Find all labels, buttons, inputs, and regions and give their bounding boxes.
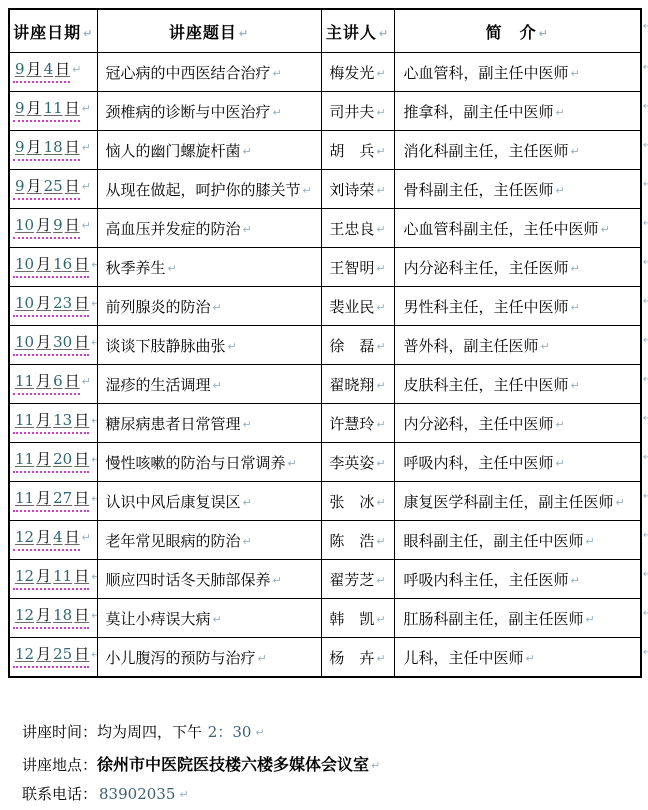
- time-label: 讲座时间：: [22, 725, 97, 741]
- topic-cell: 认识中风后康复误区↵: [97, 482, 321, 521]
- lecture-schedule-table: 讲座日期↵ 讲座题目↵ 主讲人↵ 简 介↵ 9月4日↵ 冠心病的中西医结合治疗↵…: [8, 8, 642, 678]
- paragraph-mark-icon: ↵: [179, 788, 188, 801]
- paragraph-mark-icon: ↵: [571, 145, 580, 158]
- header-speaker: 主讲人↵: [321, 9, 394, 53]
- speaker-intro: 儿科，主任中医师: [404, 651, 524, 667]
- speaker-intro: 推拿科，副主任中医师: [404, 105, 554, 121]
- topic-cell: 糖尿病患者日常管理↵: [97, 404, 321, 443]
- topic-cell: 秋季养生↵: [97, 248, 321, 287]
- paragraph-mark-icon: ↵: [91, 453, 97, 466]
- header-row: 讲座日期↵ 讲座题目↵ 主讲人↵ 简 介↵: [9, 9, 641, 53]
- intro-cell: 心血管科，副主任中医师↵: [394, 53, 641, 92]
- lecture-topic: 高血压并发症的防治: [106, 222, 241, 238]
- speaker-cell: 韩 凯↵: [321, 599, 394, 638]
- lecture-date: 10月9日: [13, 217, 80, 238]
- paragraph-mark-icon: ↵: [539, 27, 549, 40]
- paragraph-mark-icon: ↵: [273, 574, 282, 587]
- row-end-mark-icon: ↵: [643, 63, 648, 73]
- speaker-name: 陈 浩: [329, 534, 374, 550]
- speaker-intro: 骨科副主任，主任医师: [404, 183, 554, 199]
- header-topic-label: 讲座题目: [169, 25, 237, 42]
- table-row: 12月25日↵ 小儿腹泻的预防与治疗↵ 杨 卉↵ 儿科，主任中医师↵: [9, 638, 641, 678]
- intro-cell: 推拿科，副主任中医师↵: [394, 92, 641, 131]
- paragraph-mark-icon: ↵: [91, 609, 97, 622]
- document-page: { "table": { "headers": { "date": "讲座日期"…: [0, 0, 648, 810]
- lecture-date: 12月18日: [13, 607, 89, 628]
- row-end-mark-icon: ↵: [643, 414, 648, 424]
- speaker-name: 张 冰: [329, 495, 374, 511]
- lecture-date: 12月25日: [13, 646, 89, 667]
- row-end-mark-icon: ↵: [643, 570, 648, 580]
- row-end-mark-icon: ↵: [643, 297, 648, 307]
- lecture-topic: 恼人的幽门螺旋杆菌: [106, 144, 241, 160]
- paragraph-mark-icon: ↵: [213, 379, 222, 392]
- paragraph-mark-icon: ↵: [288, 457, 297, 470]
- row-end-mark-icon: ↵: [643, 648, 648, 658]
- speaker-cell: 杨 卉↵: [321, 638, 394, 678]
- table-row: 12月11日↵ 顺应四时话冬天肺部保养↵ 翟芳芝↵ 呼吸内科主任，主任医师↵: [9, 560, 641, 599]
- lecture-topic: 莫让小痔误大病: [106, 612, 211, 628]
- paragraph-mark-icon: ↵: [571, 262, 580, 275]
- paragraph-mark-icon: ↵: [82, 141, 91, 154]
- paragraph-mark-icon: ↵: [243, 418, 252, 431]
- speaker-cell: 王智明↵: [321, 248, 394, 287]
- paragraph-mark-icon: ↵: [303, 184, 312, 197]
- paragraph-mark-icon: ↵: [556, 457, 565, 470]
- paragraph-mark-icon: ↵: [91, 570, 97, 583]
- intro-cell: 呼吸内科，主任中医师↵: [394, 443, 641, 482]
- lecture-date: 11月27日: [13, 490, 89, 511]
- speaker-intro: 皮肤科主任，主任中医师: [404, 378, 569, 394]
- paragraph-mark-icon: ↵: [72, 63, 81, 76]
- paragraph-mark-icon: ↵: [82, 531, 91, 544]
- contact-phone-line: 联系电话：83902035↵: [22, 783, 632, 810]
- date-cell: 10月30日↵: [9, 326, 97, 365]
- speaker-intro: 心血管科，副主任中医师: [404, 66, 569, 82]
- speaker-cell: 张 冰↵: [321, 482, 394, 521]
- speaker-name: 韩 凯: [329, 612, 374, 628]
- speaker-name: 王智明: [329, 261, 374, 277]
- paragraph-mark-icon: ↵: [82, 375, 91, 388]
- date-cell: 11月13日↵: [9, 404, 97, 443]
- paragraph-mark-icon: ↵: [376, 574, 385, 587]
- topic-cell: 从现在做起，呵护你的膝关节↵: [97, 170, 321, 209]
- paragraph-mark-icon: ↵: [91, 492, 97, 505]
- paragraph-mark-icon: ↵: [243, 496, 252, 509]
- intro-cell: 普外科，副主任医师↵: [394, 326, 641, 365]
- paragraph-mark-icon: ↵: [273, 67, 282, 80]
- date-cell: 10月16日↵: [9, 248, 97, 287]
- paragraph-mark-icon: ↵: [239, 27, 249, 40]
- paragraph-mark-icon: ↵: [586, 613, 595, 626]
- intro-cell: 康复医学科副主任，副主任医师↵: [394, 482, 641, 521]
- header-speaker-label: 主讲人: [326, 25, 377, 42]
- topic-cell: 慢性咳嗽的防治与日常调养↵: [97, 443, 321, 482]
- intro-cell: 儿科，主任中医师↵: [394, 638, 641, 678]
- speaker-cell: 翟晓翔↵: [321, 365, 394, 404]
- speaker-cell: 司井夫↵: [321, 92, 394, 131]
- paragraph-mark-icon: ↵: [376, 496, 385, 509]
- lecture-date: 11月6日: [13, 373, 80, 394]
- lecture-date: 9月11日: [13, 100, 80, 121]
- paragraph-mark-icon: ↵: [376, 184, 385, 197]
- row-end-mark-icon: ↵: [643, 102, 648, 112]
- paragraph-mark-icon: ↵: [379, 27, 389, 40]
- speaker-intro: 男性科主任，主任中医师: [404, 300, 569, 316]
- paragraph-mark-icon: ↵: [616, 496, 625, 509]
- date-cell: 11月20日↵: [9, 443, 97, 482]
- speaker-intro: 眼科副主任，副主任中医师: [404, 534, 584, 550]
- speaker-cell: 刘诗荣↵: [321, 170, 394, 209]
- speaker-name: 梅发光: [329, 66, 374, 82]
- speaker-name: 李英姿: [329, 456, 374, 472]
- lecture-date: 11月20日: [13, 451, 89, 472]
- date-cell: 11月27日↵: [9, 482, 97, 521]
- speaker-intro: 康复医学科副主任，副主任医师: [404, 495, 614, 511]
- paragraph-mark-icon: ↵: [213, 301, 222, 314]
- topic-cell: 谈谈下肢静脉曲张↵: [97, 326, 321, 365]
- table-row: 9月18日↵ 恼人的幽门螺旋杆菌↵ 胡 兵↵ 消化科副主任，主任医师↵: [9, 131, 641, 170]
- date-cell: 12月25日↵: [9, 638, 97, 678]
- row-end-mark-icon: ↵: [643, 375, 648, 385]
- speaker-intro: 呼吸内科主任，主任医师: [404, 573, 569, 589]
- paragraph-mark-icon: ↵: [556, 106, 565, 119]
- speaker-name: 王忠良: [329, 222, 374, 238]
- lecture-topic: 顺应四时话冬天肺部保养: [106, 573, 271, 589]
- date-cell: 9月18日↵: [9, 131, 97, 170]
- lecture-topic: 冠心病的中西医结合治疗: [106, 66, 271, 82]
- footer-notes: 讲座时间：均为周四，下午 2：30↵ 讲座地点：徐州市中医院医技楼六楼多媒体会议…: [22, 721, 632, 810]
- lecture-date: 9月25日: [13, 178, 80, 199]
- paragraph-mark-icon: ↵: [376, 652, 385, 665]
- paragraph-mark-icon: ↵: [376, 418, 385, 431]
- lecture-topic: 从现在做起，呵护你的膝关节: [106, 183, 301, 199]
- table-row: 10月30日↵ 谈谈下肢静脉曲张↵ 徐 磊↵ 普外科，副主任医师↵: [9, 326, 641, 365]
- topic-cell: 莫让小痔误大病↵: [97, 599, 321, 638]
- paragraph-mark-icon: ↵: [556, 184, 565, 197]
- date-cell: 12月18日↵: [9, 599, 97, 638]
- speaker-cell: 王忠良↵: [321, 209, 394, 248]
- date-cell: 12月4日↵: [9, 521, 97, 560]
- row-end-mark-icon: ↵: [643, 531, 648, 541]
- speaker-intro: 内分泌科，主任中医师: [404, 417, 554, 433]
- row-end-mark-icon: ↵: [643, 453, 648, 463]
- intro-cell: 心血管科副主任，主任中医师↵: [394, 209, 641, 248]
- paragraph-mark-icon: ↵: [376, 223, 385, 236]
- topic-cell: 前列腺炎的防治↵: [97, 287, 321, 326]
- row-end-mark-icon: ↵: [643, 492, 648, 502]
- topic-cell: 顺应四时话冬天肺部保养↵: [97, 560, 321, 599]
- paragraph-mark-icon: ↵: [91, 258, 97, 271]
- paragraph-mark-icon: ↵: [571, 379, 580, 392]
- date-cell: 9月25日↵: [9, 170, 97, 209]
- date-cell: 9月11日↵: [9, 92, 97, 131]
- table-row: 10月16日↵ 秋季养生↵ 王智明↵ 内分泌科主任，主任医师↵: [9, 248, 641, 287]
- intro-cell: 肛肠科副主任，副主任医师↵: [394, 599, 641, 638]
- lecture-date: 12月4日: [13, 529, 80, 550]
- paragraph-mark-icon: ↵: [91, 414, 97, 427]
- paragraph-mark-icon: ↵: [83, 27, 93, 40]
- phone-label: 联系电话：: [22, 787, 97, 803]
- row-end-mark-icon: ↵: [643, 219, 648, 229]
- speaker-intro: 呼吸内科，主任中医师: [404, 456, 554, 472]
- header-intro: 简 介↵: [394, 9, 641, 53]
- paragraph-mark-icon: ↵: [601, 223, 610, 236]
- paragraph-mark-icon: ↵: [376, 379, 385, 392]
- paragraph-mark-icon: ↵: [571, 67, 580, 80]
- speaker-cell: 徐 磊↵: [321, 326, 394, 365]
- intro-cell: 内分泌科，主任中医师↵: [394, 404, 641, 443]
- paragraph-mark-icon: ↵: [258, 652, 267, 665]
- paragraph-mark-icon: ↵: [586, 535, 595, 548]
- table-row: 9月25日↵ 从现在做起，呵护你的膝关节↵ 刘诗荣↵ 骨科副主任，主任医师↵: [9, 170, 641, 209]
- speaker-cell: 许慧玲↵: [321, 404, 394, 443]
- table-row: 9月11日↵ 颈椎病的诊断与中医治疗↵ 司井夫↵ 推拿科，副主任中医师↵: [9, 92, 641, 131]
- paragraph-mark-icon: ↵: [376, 301, 385, 314]
- topic-cell: 高血压并发症的防治↵: [97, 209, 321, 248]
- date-cell: 10月23日↵: [9, 287, 97, 326]
- time-number: 2：30: [208, 723, 252, 741]
- table-row: 11月20日↵ 慢性咳嗽的防治与日常调养↵ 李英姿↵ 呼吸内科，主任中医师↵: [9, 443, 641, 482]
- paragraph-mark-icon: ↵: [376, 106, 385, 119]
- row-end-mark-icon: ↵: [643, 336, 648, 346]
- topic-cell: 小儿腹泻的预防与治疗↵: [97, 638, 321, 678]
- lecture-topic: 糖尿病患者日常管理: [106, 417, 241, 433]
- speaker-name: 刘诗荣: [329, 183, 374, 199]
- speaker-name: 徐 磊: [329, 339, 374, 355]
- table-row: 11月27日↵ 认识中风后康复误区↵ 张 冰↵ 康复医学科副主任，副主任医师↵: [9, 482, 641, 521]
- speaker-intro: 消化科副主任，主任医师: [404, 144, 569, 160]
- paragraph-mark-icon: ↵: [168, 262, 177, 275]
- intro-cell: 皮肤科主任，主任中医师↵: [394, 365, 641, 404]
- date-cell: 12月11日↵: [9, 560, 97, 599]
- schedule-body: 9月4日↵ 冠心病的中西医结合治疗↵ 梅发光↵ 心血管科，副主任中医师↵ 9月1…: [9, 53, 641, 678]
- paragraph-mark-icon: ↵: [376, 145, 385, 158]
- phone-number: 83902035: [99, 785, 175, 803]
- speaker-intro: 普外科，副主任医师: [404, 339, 539, 355]
- header-topic: 讲座题目↵: [97, 9, 321, 53]
- lecture-date: 12月11日: [13, 568, 89, 589]
- speaker-intro: 内分泌科主任，主任医师: [404, 261, 569, 277]
- speaker-name: 翟晓翔: [329, 378, 374, 394]
- speaker-name: 杨 卉: [329, 651, 374, 667]
- lecture-date: 10月30日: [13, 334, 89, 355]
- row-end-mark-icon: ↵: [643, 609, 648, 619]
- lecture-date: 11月13日: [13, 412, 89, 433]
- speaker-name: 许慧玲: [329, 417, 374, 433]
- intro-cell: 呼吸内科主任，主任医师↵: [394, 560, 641, 599]
- intro-cell: 男性科主任，主任中医师↵: [394, 287, 641, 326]
- lecture-topic: 谈谈下肢静脉曲张: [106, 339, 226, 355]
- header-intro-label: 简 介: [486, 25, 537, 42]
- topic-cell: 颈椎病的诊断与中医治疗↵: [97, 92, 321, 131]
- row-end-mark-icon: ↵: [643, 141, 648, 151]
- speaker-intro: 心血管科副主任，主任中医师: [404, 222, 599, 238]
- place-label: 讲座地点：: [22, 758, 97, 774]
- paragraph-mark-icon: ↵: [571, 301, 580, 314]
- paragraph-mark-icon: ↵: [376, 535, 385, 548]
- header-date: 讲座日期↵: [9, 9, 97, 53]
- paragraph-mark-icon: ↵: [228, 340, 237, 353]
- paragraph-mark-icon: ↵: [82, 102, 91, 115]
- lecture-topic: 慢性咳嗽的防治与日常调养: [106, 456, 286, 472]
- paragraph-mark-icon: ↵: [82, 180, 91, 193]
- speaker-cell: 李英姿↵: [321, 443, 394, 482]
- paragraph-mark-icon: ↵: [91, 336, 97, 349]
- paragraph-mark-icon: ↵: [91, 648, 97, 661]
- paragraph-mark-icon: ↵: [82, 219, 91, 232]
- paragraph-mark-icon: ↵: [255, 726, 264, 739]
- speaker-intro: 肛肠科副主任，副主任医师: [404, 612, 584, 628]
- speaker-cell: 胡 兵↵: [321, 131, 394, 170]
- time-text: 均为周四，下午: [97, 725, 202, 741]
- topic-cell: 老年常见眼病的防治↵: [97, 521, 321, 560]
- paragraph-mark-icon: ↵: [273, 106, 282, 119]
- paragraph-mark-icon: ↵: [376, 262, 385, 275]
- intro-cell: 内分泌科主任，主任医师↵: [394, 248, 641, 287]
- header-date-label: 讲座日期: [13, 25, 81, 42]
- paragraph-mark-icon: ↵: [571, 574, 580, 587]
- paragraph-mark-icon: ↵: [371, 759, 380, 772]
- table-row: 9月4日↵ 冠心病的中西医结合治疗↵ 梅发光↵ 心血管科，副主任中医师↵: [9, 53, 641, 92]
- intro-cell: 消化科副主任，主任医师↵: [394, 131, 641, 170]
- speaker-name: 翟芳芝: [329, 573, 374, 589]
- speaker-name: 裴业民: [329, 300, 374, 316]
- paragraph-mark-icon: ↵: [526, 652, 535, 665]
- paragraph-mark-icon: ↵: [243, 535, 252, 548]
- topic-cell: 冠心病的中西医结合治疗↵: [97, 53, 321, 92]
- table-row: 12月18日↵ 莫让小痔误大病↵ 韩 凯↵ 肛肠科副主任，副主任医师↵: [9, 599, 641, 638]
- paragraph-mark-icon: ↵: [541, 340, 550, 353]
- date-cell: 11月6日↵: [9, 365, 97, 404]
- paragraph-mark-icon: ↵: [243, 145, 252, 158]
- paragraph-mark-icon: ↵: [213, 613, 222, 626]
- lecture-place-line: 讲座地点：徐州市中医院医技楼六楼多媒体会议室↵: [22, 752, 632, 783]
- lecture-topic: 颈椎病的诊断与中医治疗: [106, 105, 271, 121]
- lecture-topic: 前列腺炎的防治: [106, 300, 211, 316]
- speaker-cell: 裴业民↵: [321, 287, 394, 326]
- paragraph-mark-icon: ↵: [376, 457, 385, 470]
- lecture-date: 10月16日: [13, 256, 89, 277]
- table-row: 10月9日↵ 高血压并发症的防治↵ 王忠良↵ 心血管科副主任，主任中医师↵: [9, 209, 641, 248]
- lecture-topic: 湿疹的生活调理: [106, 378, 211, 394]
- place-value: 徐州市中医院医技楼六楼多媒体会议室: [97, 757, 369, 774]
- lecture-date: 10月23日: [13, 295, 89, 316]
- date-cell: 10月9日↵: [9, 209, 97, 248]
- speaker-cell: 陈 浩↵: [321, 521, 394, 560]
- speaker-name: 司井夫: [329, 105, 374, 121]
- lecture-topic: 认识中风后康复误区: [106, 495, 241, 511]
- table-row: 10月23日↵ 前列腺炎的防治↵ 裴业民↵ 男性科主任，主任中医师↵: [9, 287, 641, 326]
- table-row: 11月6日↵ 湿疹的生活调理↵ 翟晓翔↵ 皮肤科主任，主任中医师↵: [9, 365, 641, 404]
- lecture-date: 9月18日: [13, 139, 80, 160]
- paragraph-mark-icon: ↵: [91, 297, 97, 310]
- lecture-date: 9月4日: [13, 61, 70, 82]
- lecture-topic: 秋季养生: [106, 261, 166, 277]
- paragraph-mark-icon: ↵: [376, 67, 385, 80]
- paragraph-mark-icon: ↵: [376, 340, 385, 353]
- speaker-cell: 梅发光↵: [321, 53, 394, 92]
- table-row: 12月4日↵ 老年常见眼病的防治↵ 陈 浩↵ 眼科副主任，副主任中医师↵: [9, 521, 641, 560]
- paragraph-mark-icon: ↵: [243, 223, 252, 236]
- paragraph-mark-icon: ↵: [556, 418, 565, 431]
- lecture-topic: 老年常见眼病的防治: [106, 534, 241, 550]
- intro-cell: 骨科副主任，主任医师↵: [394, 170, 641, 209]
- table-row: 11月13日↵ 糖尿病患者日常管理↵ 许慧玲↵ 内分泌科，主任中医师↵: [9, 404, 641, 443]
- row-end-mark-icon: ↵: [643, 180, 648, 190]
- lecture-time-line: 讲座时间：均为周四，下午 2：30↵: [22, 721, 632, 752]
- speaker-name: 胡 兵: [329, 144, 374, 160]
- lecture-topic: 小儿腹泻的预防与治疗: [106, 651, 256, 667]
- paragraph-mark-icon: ↵: [376, 613, 385, 626]
- topic-cell: 恼人的幽门螺旋杆菌↵: [97, 131, 321, 170]
- intro-cell: 眼科副主任，副主任中医师↵: [394, 521, 641, 560]
- date-cell: 9月4日↵: [9, 53, 97, 92]
- speaker-cell: 翟芳芝↵: [321, 560, 394, 599]
- row-end-mark-icon: ↵: [643, 258, 648, 268]
- topic-cell: 湿疹的生活调理↵: [97, 365, 321, 404]
- row-end-mark-icon: ↵: [643, 22, 648, 32]
